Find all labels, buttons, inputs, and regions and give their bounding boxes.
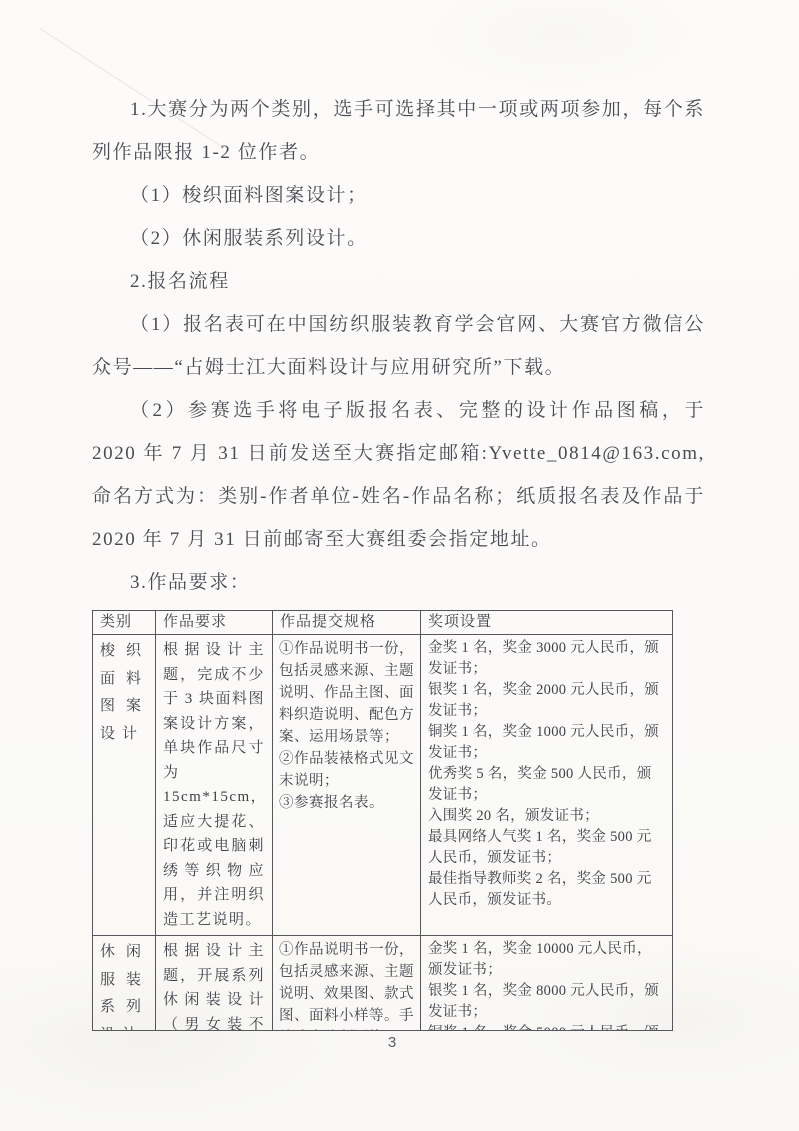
scanned-document-page: { "document": { "paragraphs": [ "1.大赛分为两… [0, 0, 799, 1131]
header-work-requirements: 作品要求 [156, 611, 273, 635]
award-item: 铜奖 1 名，奖金 5000 元人民币，颁发证书； [428, 1023, 665, 1031]
paragraph-registration-step-1: （1）报名表可在中国纺织服装教育学会官网、大赛官方微信公众号——“占姆士江大面料… [92, 303, 705, 389]
document-content: 1.大赛分为两个类别，选手可选择其中一项或两项参加，每个系列作品限报 1-2 位… [92, 0, 705, 1031]
table-header-row: 类别 作品要求 作品提交规格 奖项设置 [93, 611, 673, 635]
award-item: 最佳指导教师奖 2 名，奖金 500 元人民币，颁发证书。 [428, 869, 665, 911]
award-item: 金奖 1 名，奖金 10000 元人民币，颁发证书； [428, 939, 665, 981]
table-row-casual-wear: 休闲服装系列设计 根据设计主题，开展系列休闲装设计（男女装不限，每个系列不少于 … [93, 936, 673, 1032]
category-cell: 梭织面料图案设计 [93, 635, 156, 936]
award-item: 银奖 1 名，奖金 8000 元人民币，颁发证书； [428, 981, 665, 1023]
category-cell: 休闲服装系列设计 [93, 936, 156, 1032]
awards-cell: 金奖 1 名，奖金 10000 元人民币，颁发证书； 银奖 1 名，奖金 800… [421, 936, 673, 1032]
header-category: 类别 [93, 611, 156, 635]
paragraph-registration-step-2: （2）参赛选手将电子版报名表、完整的设计作品图稿，于 2020 年 7 月 31… [92, 389, 705, 561]
spec-item: ③参赛报名表。 [279, 792, 414, 814]
awards-cell: 金奖 1 名，奖金 3000 元人民币，颁发证书； 银奖 1 名，奖金 2000… [421, 635, 673, 936]
header-submission-specs: 作品提交规格 [273, 611, 421, 635]
paragraph-categories-intro: 1.大赛分为两个类别，选手可选择其中一项或两项参加，每个系列作品限报 1-2 位… [92, 88, 705, 174]
requirements-table: 类别 作品要求 作品提交规格 奖项设置 梭织面料图案设计 根据设计主题，完成不少… [92, 610, 673, 1031]
paragraph-category-2: （2）休闲服装系列设计。 [92, 217, 705, 260]
page-number: 3 [92, 1034, 692, 1051]
award-item: 优秀奖 5 名，奖金 500 人民币，颁发证书； [428, 764, 665, 806]
spec-item: ②作品装裱格式见文末说明； [279, 748, 414, 792]
award-item: 铜奖 1 名，奖金 1000 元人民币，颁发证书； [428, 722, 665, 764]
paragraph-category-1: （1）梭织面料图案设计； [92, 174, 705, 217]
header-awards: 奖项设置 [421, 611, 673, 635]
specs-cell: ①作品说明书一份，包括灵感来源、主题说明、效果图、款式图、面料小样等。手绘或电脑… [273, 936, 421, 1032]
award-item: 最具网络人气奖 1 名，奖金 500 元人民币，颁发证书； [428, 827, 665, 869]
award-item: 银奖 1 名，奖金 2000 元人民币，颁发证书； [428, 680, 665, 722]
award-item: 金奖 1 名，奖金 3000 元人民币，颁发证书； [428, 638, 665, 680]
spec-item: ①作品说明书一份，包括灵感来源、主题说明、效果图、款式图、面料小样等。手绘或电脑… [279, 939, 414, 1031]
requirements-cell: 根据设计主题，开展系列休闲装设计（男女装不限，每个系列不少于 5 套）， [156, 936, 273, 1032]
requirements-cell: 根据设计主题，完成不少于 3 块面料图案设计方案，单块作品尺寸为 15cm*15… [156, 635, 273, 936]
paragraph-registration-heading: 2.报名流程 [92, 260, 705, 303]
table-row-woven-fabric: 梭织面料图案设计 根据设计主题，完成不少于 3 块面料图案设计方案，单块作品尺寸… [93, 635, 673, 936]
award-item: 入围奖 20 名，颁发证书； [428, 806, 665, 827]
specs-cell: ①作品说明书一份，包括灵感来源、主题说明、作品主图、面料织造说明、配色方案、运用… [273, 635, 421, 936]
paragraph-work-requirements-heading: 3.作品要求： [92, 561, 705, 604]
spec-item: ①作品说明书一份，包括灵感来源、主题说明、作品主图、面料织造说明、配色方案、运用… [279, 638, 414, 748]
